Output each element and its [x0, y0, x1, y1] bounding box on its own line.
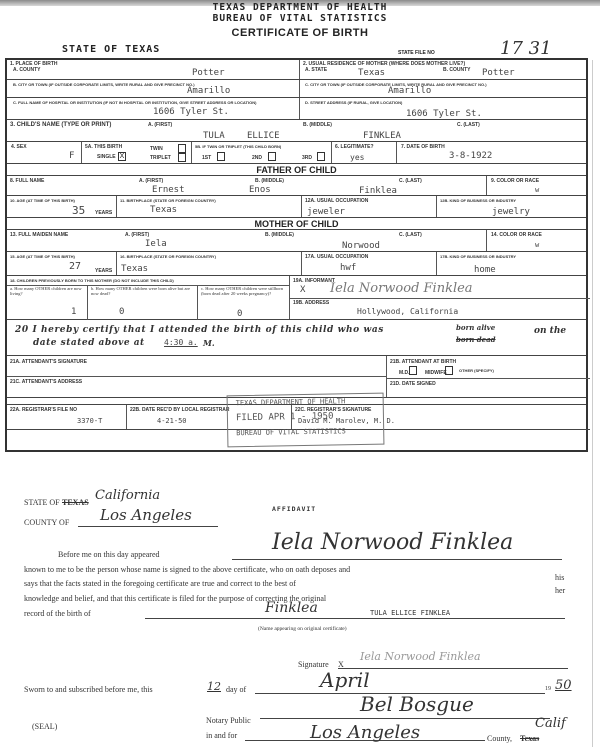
- father-birthplace-cell: 11. BIRTHPLACE (State or foreign country…: [117, 196, 302, 217]
- filed-stamp: TEXAS DEPARTMENT OF HEALTH FILED APR 1 -…: [227, 393, 385, 448]
- mother-industry-cell: 17b. KIND OF BUSINESS OR INDUSTRY home: [437, 252, 590, 275]
- row-child-name: 3. CHILD'S NAME (Type or print) a. (Firs…: [7, 120, 586, 142]
- aff-state-value: California: [95, 488, 160, 503]
- registrar-date-label: 22b. DATE REC'D BY LOCAL REGISTRAR: [130, 407, 230, 413]
- father-birthplace-value: Texas: [150, 205, 177, 215]
- first-born-checkbox[interactable]: [217, 152, 225, 161]
- father-race-value: w: [535, 186, 539, 194]
- row-mother-name: 13. FULL MAIDEN NAME a. (First) Iela b. …: [7, 230, 586, 252]
- birth-certificate-form: 1. PLACE OF BIRTH a. COUNTY Potter 2. US…: [5, 58, 588, 452]
- aff-year-value: 50: [555, 678, 572, 693]
- children-stillborn-value: 0: [237, 309, 242, 319]
- father-industry-value: jewelry: [492, 207, 530, 217]
- aff-month-value: April: [320, 668, 370, 692]
- father-last-value: Finklea: [359, 186, 397, 196]
- child-last-label: c. (Last): [457, 122, 480, 128]
- mother-age-value: 27: [69, 261, 81, 272]
- res-county-label: b. COUNTY: [443, 67, 471, 73]
- single-label: SINGLE: [97, 154, 116, 160]
- midwife-label: MIDWIFE: [425, 370, 447, 376]
- dept-heading: TEXAS DEPARTMENT OF HEALTH: [0, 2, 600, 13]
- aff-county-label: COUNTY OF: [24, 518, 69, 527]
- aff-paragraph-1: known to me to be the person whose name …: [24, 565, 350, 574]
- father-industry-label: 12b. KIND OF BUSINESS OR INDUSTRY: [440, 198, 516, 203]
- scan-right-edge: [592, 60, 593, 747]
- father-occupation-label: 12a. USUAL OCCUPATION: [305, 198, 368, 204]
- attendant-address-label: 21c. ATTENDANT'S ADDRESS: [10, 379, 82, 385]
- on-the-text: on the: [534, 326, 566, 336]
- mother-middle-label: b. (Middle): [265, 232, 294, 238]
- father-race-label: 9. COLOR OR RACE: [491, 178, 539, 184]
- notary-county-value: Los Angeles: [310, 722, 420, 743]
- father-race-cell: 9. COLOR OR RACE w: [487, 176, 590, 195]
- aff-record-line: [145, 618, 565, 619]
- mother-occupation-cell: 17a. USUAL OCCUPATION hwf: [302, 252, 437, 275]
- children-stillborn-label: c. How many OTHER children were stillbor…: [201, 286, 287, 296]
- twin-order-cell: 5b. IF TWIN OR TRIPLET (This child born)…: [192, 142, 332, 163]
- third-born-checkbox[interactable]: [317, 152, 325, 161]
- notary-signature: Bel Bosgue: [360, 692, 474, 716]
- aff-day-value: 12: [207, 680, 221, 693]
- bureau-heading: BUREAU OF VITAL STATISTICS: [0, 13, 600, 24]
- father-occupation-value: jeweler: [307, 207, 345, 217]
- child-middle-label: b. (Middle): [303, 122, 332, 128]
- hospital-label: c. FULL NAME OF HOSPITAL OR INSTITUTION …: [13, 100, 256, 105]
- father-heading: FATHER OF CHILD: [7, 165, 586, 175]
- second-born-checkbox[interactable]: [268, 152, 276, 161]
- father-age-label: 10. AGE (At time of this birth): [10, 198, 75, 203]
- registrar-file-label: 22a. REGISTRAR'S FILE NO: [10, 407, 77, 413]
- born-dead-option: born dead: [456, 335, 496, 344]
- single-checkbox[interactable]: X: [118, 152, 126, 161]
- children-living-value: 1: [71, 307, 76, 317]
- row-father-name: 8. FULL NAME a. (First) Ernest b. (Middl…: [7, 176, 586, 196]
- child-name-label: 3. CHILD'S NAME (Type or print): [10, 122, 111, 128]
- aff-county-value: Los Angeles: [100, 506, 192, 524]
- row-certification: 20 I hereby certify that I attended the …: [7, 320, 586, 356]
- registrar-file-cell: 22a. REGISTRAR'S FILE NO 3370-T: [7, 405, 127, 430]
- row-attendant: 21a. ATTENDANT'S SIGNATURE 21c. ATTENDAN…: [7, 356, 586, 398]
- md-checkbox[interactable]: [409, 366, 417, 375]
- father-age-cell: 10. AGE (At time of this birth) 35 YEARS: [7, 196, 117, 217]
- stamp-line-3: BUREAU OF VITAL STATISTICS: [236, 427, 346, 437]
- mother-birthplace-value: Texas: [121, 264, 148, 274]
- street-value: 1606 Tyler St.: [406, 109, 482, 119]
- midwife-checkbox[interactable]: [445, 366, 453, 375]
- time-meridian: M.: [203, 338, 215, 348]
- registrar-file-value: 3370-T: [77, 417, 102, 425]
- mother-first-label: a. (First): [125, 232, 149, 238]
- mother-age-cell: 15. AGE (At time of this birth) 27 YEARS: [7, 252, 117, 275]
- notary-state-value: Calif: [535, 716, 566, 731]
- aff-appeared-line: [232, 559, 562, 560]
- notary-state-struck: Texas: [520, 734, 539, 743]
- street-cell: d. STREET ADDRESS (If rural, give locati…: [300, 98, 590, 119]
- dob-value: 3-8-1922: [449, 151, 492, 161]
- aff-state-struck: TEXAS: [62, 498, 89, 507]
- res-state-value: Texas: [358, 68, 385, 78]
- state-file-label: STATE FILE NO: [398, 50, 435, 56]
- registrar-date-value: 4-21-50: [157, 417, 187, 425]
- hospital-value: 1606 Tyler St.: [153, 107, 229, 117]
- row-city: b. CITY OR TOWN (If outside corporate li…: [7, 80, 586, 98]
- res-county-value: Potter: [482, 68, 515, 78]
- father-occupation-cell: 12a. USUAL OCCUPATION jeweler: [302, 196, 437, 217]
- state-file-number: 17 31: [500, 38, 552, 59]
- father-birthplace-label: 11. BIRTHPLACE (State or foreign country…: [120, 198, 216, 203]
- notary-sig-line: [260, 718, 550, 719]
- row-father-details: 10. AGE (At time of this birth) 35 YEARS…: [7, 196, 586, 218]
- mother-residence-cell: 2. USUAL RESIDENCE OF MOTHER (Where does…: [300, 60, 590, 79]
- dob-label: 7. DATE OF BIRTH: [401, 144, 445, 150]
- other-label: OTHER (Specify): [459, 368, 494, 373]
- notary-in-and-for: in and for: [206, 731, 237, 740]
- child-first-label: a. (First): [148, 122, 172, 128]
- birth-city-cell: b. CITY OR TOWN (If outside corporate li…: [7, 80, 300, 97]
- certify-text-1: 20 I hereby certify that I attended the …: [15, 325, 384, 335]
- this-birth-cell: 5a. THIS BIRTH SINGLE X TWIN TRIPLET: [82, 142, 192, 163]
- twin-label: TWIN: [150, 146, 163, 152]
- mother-middle-value: Norwood: [342, 241, 380, 251]
- father-first-value: Ernest: [152, 185, 185, 195]
- attendant-at-birth-label: 21b. ATTENDANT AT BIRTH: [390, 359, 456, 365]
- children-dead-value: 0: [119, 307, 124, 317]
- state-heading: STATE OF TEXAS: [62, 44, 160, 55]
- informant-mark: X: [300, 285, 305, 295]
- notary-public-label: Notary Public: [206, 716, 251, 725]
- mother-name-cell: 13. FULL MAIDEN NAME a. (First) Iela b. …: [7, 230, 487, 251]
- street-label: d. STREET ADDRESS (If rural, give locati…: [305, 100, 402, 105]
- child-first-value: TULA: [203, 131, 225, 141]
- mother-occupation-label: 17a. USUAL OCCUPATION: [305, 254, 368, 260]
- sex-cell: 4. SEX F: [7, 142, 82, 163]
- aff-her: her: [555, 586, 565, 595]
- affidavit-title: AFFIDAVIT: [272, 505, 316, 513]
- father-first-label: a. (First): [139, 178, 163, 184]
- triplet-label: TRIPLET: [150, 155, 171, 161]
- aff-name-note: (Name appearing on original certificate): [258, 626, 347, 632]
- twin-order-label: 5b. IF TWIN OR TRIPLET (This child born): [195, 144, 281, 149]
- row-sex-birth: 4. SEX F 5a. THIS BIRTH SINGLE X TWIN TR…: [7, 142, 586, 164]
- aff-record-signature: Finklea: [265, 600, 318, 616]
- informant-label: 19a. INFORMANT: [293, 278, 335, 284]
- mother-birthplace-cell: 16. BIRTHPLACE (State or foreign country…: [117, 252, 302, 275]
- notary-seal: (SEAL): [32, 722, 57, 731]
- stamp-line-1: TEXAS DEPARTMENT OF HEALTH: [236, 397, 346, 407]
- father-middle-value: Enos: [249, 185, 271, 195]
- children-cell: 18. CHILDREN PREVIOUSLY BORN TO THIS MOT…: [7, 276, 290, 319]
- aff-state-label: STATE OF: [24, 498, 60, 507]
- notary-county-label: County,: [487, 734, 512, 743]
- father-name-label: 8. FULL NAME: [10, 178, 44, 184]
- mother-last-label: c. (Last): [399, 232, 422, 238]
- father-middle-label: b. (Middle): [255, 178, 284, 184]
- hospital-cell: c. FULL NAME OF HOSPITAL OR INSTITUTION …: [7, 98, 300, 119]
- mother-occupation-value: hwf: [340, 263, 356, 273]
- birth-time-value: 4:30 a.: [164, 338, 198, 347]
- sex-label: 4. SEX: [11, 144, 27, 150]
- aff-paragraph-2: says that the facts stated in the forego…: [24, 579, 296, 588]
- aff-before-me: Before me on this day appeared: [58, 550, 160, 559]
- stamp-line-2: FILED APR 1 - 1950: [236, 412, 334, 424]
- date-signed-label: 21d. DATE SIGNED: [390, 381, 436, 387]
- aff-appeared-signature: Iela Norwood Finklea: [272, 530, 513, 555]
- aff-record-name: TULA ELLICE FINKLEA: [370, 609, 450, 617]
- father-industry-cell: 12b. KIND OF BUSINESS OR INDUSTRY jewelr…: [437, 196, 590, 217]
- child-last-value: FINKLEA: [363, 131, 401, 141]
- aff-paragraph-4: record of the birth of: [24, 609, 91, 618]
- mother-race-label: 14. COLOR OR RACE: [491, 232, 542, 238]
- mother-race-value: w: [535, 241, 539, 249]
- father-last-label: c. (Last): [399, 178, 422, 184]
- father-section-header: FATHER OF CHILD: [7, 164, 586, 176]
- res-city-value: Amarillo: [388, 86, 431, 96]
- this-birth-label: 5a. THIS BIRTH: [85, 144, 122, 150]
- res-city-cell: c. CITY OR TOWN (If outside corporate li…: [300, 80, 590, 97]
- mother-birthplace-label: 16. BIRTHPLACE (State or foreign country…: [120, 254, 216, 259]
- second-born-label: 2ND: [252, 155, 262, 161]
- row-children-informant: 18. CHILDREN PREVIOUSLY BORN TO THIS MOT…: [7, 276, 586, 320]
- aff-signature-line: [338, 668, 568, 669]
- certify-text-2: date stated above at: [33, 338, 145, 348]
- triplet-checkbox[interactable]: [178, 153, 186, 162]
- mother-heading: MOTHER OF CHILD: [7, 219, 586, 229]
- legitimate-cell: 6. LEGITIMATE? yes: [332, 142, 397, 163]
- first-born-label: 1ST: [202, 155, 211, 161]
- row-place-county: 1. PLACE OF BIRTH a. COUNTY Potter 2. US…: [7, 60, 586, 80]
- children-living-label: a. How many OTHER children are now livin…: [10, 286, 84, 296]
- father-years-label: YEARS: [95, 210, 112, 216]
- aff-year-prefix: 19: [545, 686, 551, 692]
- children-dead-label: b. How many OTHER children were born ali…: [91, 286, 195, 296]
- residence-label: 2. USUAL RESIDENCE OF MOTHER (Where does…: [303, 61, 465, 67]
- place-county-cell: 1. PLACE OF BIRTH a. COUNTY Potter: [7, 60, 300, 79]
- informant-signature: Iela Norwood Finklea: [330, 281, 473, 296]
- mother-years-label: YEARS: [95, 268, 112, 274]
- father-age-value: 35: [72, 204, 85, 217]
- attendant-at-birth-cell: 21b. ATTENDANT AT BIRTH M.D. MIDWIFE OTH…: [387, 356, 590, 397]
- aff-day-of: day of: [226, 685, 246, 694]
- informant-address-label: 19b. ADDRESS: [293, 300, 329, 306]
- child-middle-value: ELLICE: [247, 131, 280, 141]
- row-mother-details: 15. AGE (At time of this birth) 27 YEARS…: [7, 252, 586, 276]
- aff-sworn-text: Sworn to and subscribed before me, this: [24, 685, 153, 694]
- father-name-cell: 8. FULL NAME a. (First) Ernest b. (Middl…: [7, 176, 487, 195]
- mother-name-label: 13. FULL MAIDEN NAME: [10, 232, 68, 238]
- mother-industry-value: home: [474, 265, 496, 275]
- aff-signature-value: Iela Norwood Finklea: [360, 650, 481, 663]
- birth-city-label: b. CITY OR TOWN (If outside corporate li…: [13, 82, 195, 87]
- row-hospital: c. FULL NAME OF HOSPITAL OR INSTITUTION …: [7, 98, 586, 120]
- birth-county-value: Potter: [192, 68, 225, 78]
- attendant-sig-label: 21a. ATTENDANT'S SIGNATURE: [10, 359, 87, 365]
- born-alive-option: born alive: [456, 323, 495, 332]
- legitimate-label: 6. LEGITIMATE?: [335, 144, 374, 150]
- sex-value: F: [69, 151, 74, 161]
- mother-industry-label: 17b. KIND OF BUSINESS OR INDUSTRY: [440, 254, 516, 259]
- dob-cell: 7. DATE OF BIRTH 3-8-1922: [397, 142, 590, 163]
- attendant-sig-cell: 21a. ATTENDANT'S SIGNATURE 21c. ATTENDAN…: [7, 356, 387, 397]
- mother-section-header: MOTHER OF CHILD: [7, 218, 586, 230]
- informant-address-value: Hollywood, California: [357, 307, 458, 316]
- res-state-label: a. STATE: [305, 67, 327, 73]
- aff-county-line: [78, 526, 218, 527]
- md-label: M.D.: [399, 370, 410, 376]
- mother-first-value: Iela: [145, 239, 167, 249]
- county-label: a. COUNTY: [13, 67, 41, 73]
- third-born-label: 3RD: [302, 155, 312, 161]
- twin-checkbox[interactable]: [178, 144, 186, 153]
- legitimate-value: yes: [350, 153, 364, 162]
- informant-cell: 19a. INFORMANT X Iela Norwood Finklea 19…: [290, 276, 590, 319]
- aff-his: his: [555, 573, 564, 582]
- mother-race-cell: 14. COLOR OR RACE w: [487, 230, 590, 251]
- birth-city-value: Amarillo: [187, 86, 230, 96]
- children-section-label: 18. CHILDREN PREVIOUSLY BORN TO THIS MOT…: [10, 278, 174, 283]
- mother-age-label: 15. AGE (At time of this birth): [10, 254, 75, 259]
